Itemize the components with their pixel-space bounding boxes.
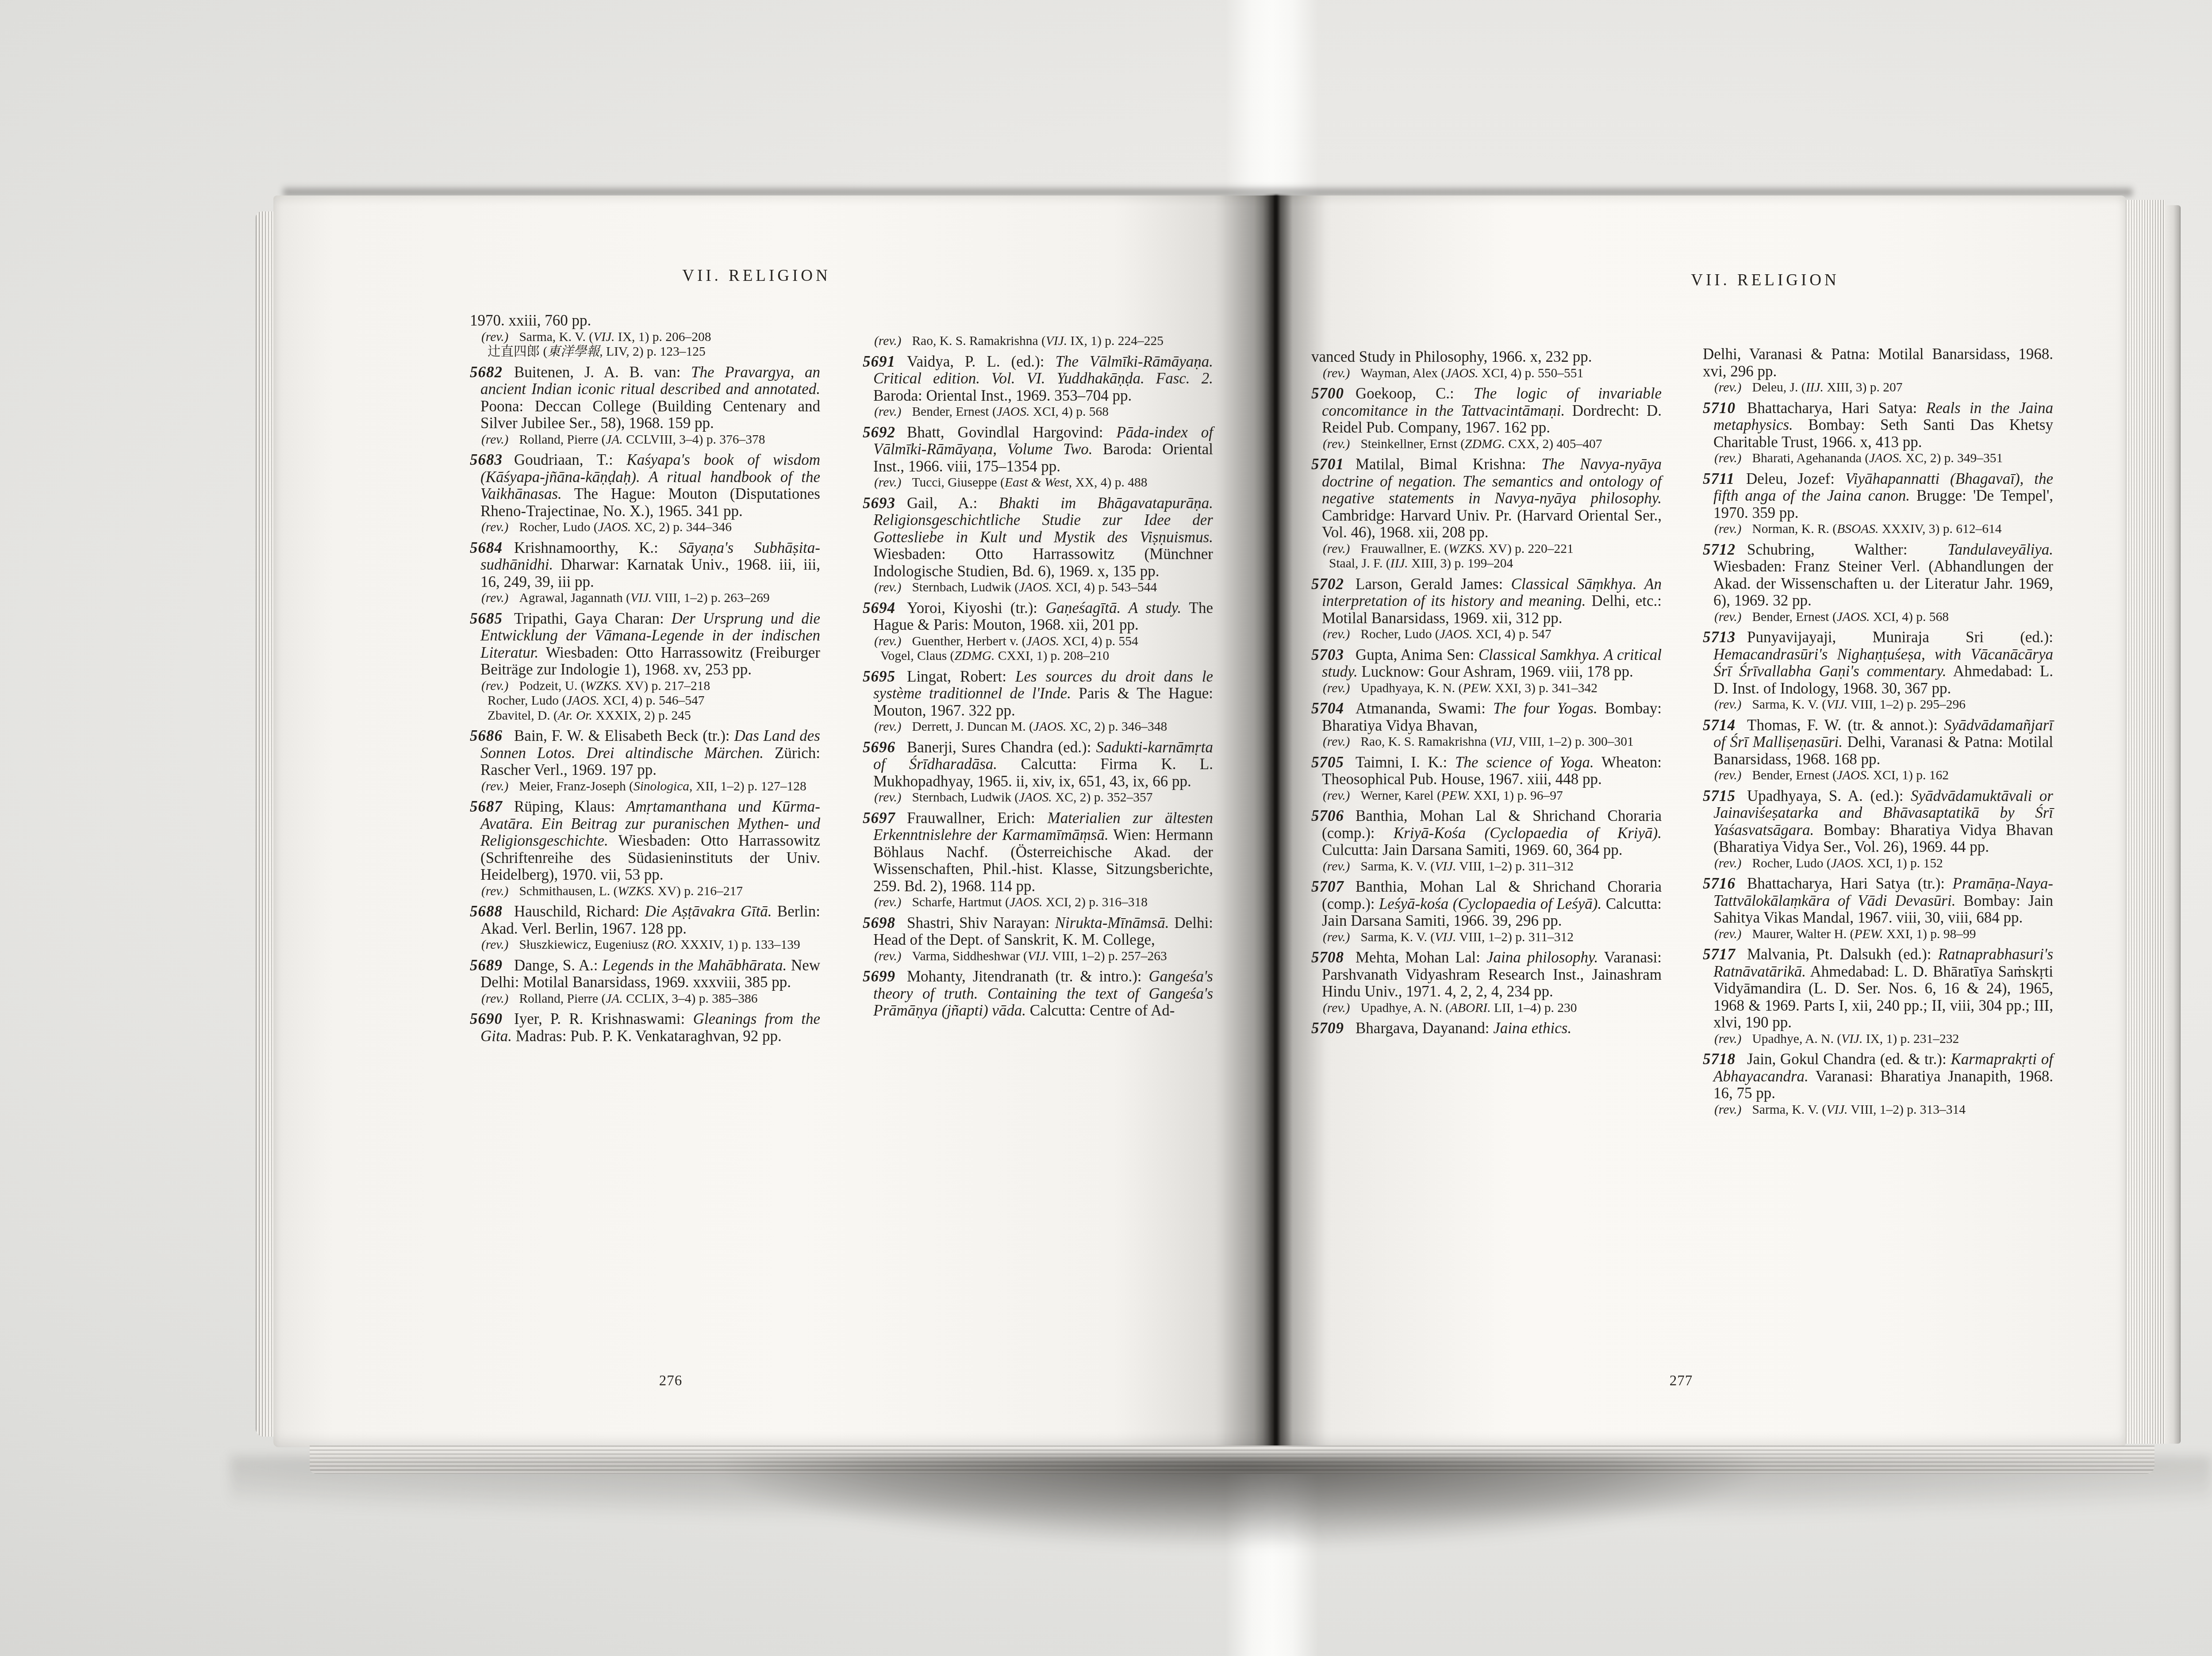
bib-entry: 5715Upadhyaya, S. A. (ed.): Syādvādamukt… (1703, 788, 2053, 856)
bib-line: 1970. xxiii, 760 pp. (470, 312, 820, 330)
page-number: 276 (659, 1373, 683, 1389)
entry-number: 5711 (1703, 470, 1735, 487)
bib-line: (rev.)Meier, Franz-Joseph (Sinologica, X… (470, 779, 820, 794)
entry-number: 5703 (1311, 646, 1344, 663)
entry-number: 5682 (470, 364, 503, 381)
bib-line: (rev.)Bender, Ernest (JAOS. XCI, 4) p. 5… (863, 405, 1213, 420)
bib-entry: 5711Deleu, Jozef: Viyāhapannatti (Bhagav… (1703, 471, 2053, 522)
entry-number: 5708 (1311, 949, 1344, 966)
bib-entry: 5687Rüping, Klaus: Amṛtamanthana und Kūr… (470, 798, 820, 884)
bib-line: vanced Study in Philosophy, 1966. x, 232… (1311, 349, 1662, 366)
bib-entry: 5708Mehta, Mohan Lal: Jaina philosophy. … (1311, 949, 1662, 1000)
bib-line: (rev.)Schmithausen, L. (WZKS. XV) p. 216… (470, 884, 820, 899)
entry-number: 5717 (1703, 946, 1736, 963)
bottom-page-edges (310, 1445, 2154, 1474)
entry-number: 5685 (470, 610, 503, 627)
book-cast-shadow (230, 1456, 2212, 1611)
bib-entry: 5713Punyavijayaji, Muniraja Sri (ed.): H… (1703, 629, 2053, 697)
entry-number: 5702 (1311, 575, 1344, 593)
entry-number: 5692 (863, 424, 895, 441)
bib-entry: 5716Bhattacharya, Hari Satya (tr.): Pram… (1703, 875, 2053, 927)
bib-line: (rev.)Werner, Karel (PEW. XXI, 1) p. 96–… (1311, 789, 1662, 804)
bib-entry: 5717Malvania, Pt. Dalsukh (ed.): Ratnapr… (1703, 946, 2053, 1031)
bib-entry: 5695Lingat, Robert: Les sources du droit… (863, 668, 1213, 720)
bib-line: (rev.)Sarma, K. V. (VIJ. VIII, 1–2) p. 3… (1703, 1103, 2053, 1118)
entry-number: 5718 (1703, 1050, 1736, 1068)
bib-entry: 5702Larson, Gerald James: Classical Sāṃk… (1311, 576, 1662, 627)
entry-number: 5686 (470, 727, 503, 744)
bib-entry: 5683Goudriaan, T.: Kaśyapa's book of wis… (470, 452, 820, 520)
entry-number: 5683 (470, 451, 503, 468)
entry-number: 5689 (470, 957, 503, 974)
bib-entry: 5707Banthia, Mohan Lal & Shrichand Chora… (1311, 878, 1662, 930)
bib-line: (rev.)Sternbach, Ludwik (JAOS. XCI, 4) p… (863, 580, 1213, 595)
bib-line: (rev.)Bharati, Agehananda (JAOS. XC, 2) … (1703, 451, 2053, 466)
bib-line: (rev.)Sarma, K. V. (VIJ. IX, 1) p. 206–2… (470, 330, 820, 345)
bib-entry: 5682Buitenen, J. A. B. van: The Pravargy… (470, 364, 820, 432)
bib-line: (rev.)Scharfe, Hartmut (JAOS. XCI, 2) p.… (863, 895, 1213, 910)
section-header: VII. RELIGION (1691, 271, 1839, 290)
bib-line: (rev.)Upadhye, A. N. (ABORI. LII, 1–4) p… (1311, 1001, 1662, 1016)
entry-number: 5688 (470, 903, 503, 920)
entry-number: 5704 (1311, 700, 1344, 717)
entry-number: 5714 (1703, 717, 1736, 734)
entry-number: 5706 (1311, 807, 1344, 824)
bib-entry: 5706Banthia, Mohan Lal & Shrichand Chora… (1311, 808, 1662, 859)
entry-number: 5709 (1311, 1020, 1344, 1037)
entry-number: 5687 (470, 798, 503, 815)
bib-line: (rev.)Rolland, Pierre (JA. CCLVIII, 3–4)… (470, 433, 820, 448)
bib-entry: 5694Yoroi, Kiyoshi (tr.): Gaṇeśagītā. A … (863, 600, 1213, 634)
entry-number: 5699 (863, 968, 895, 985)
bib-line: (rev.)Bender, Ernest (JAOS. XCI, 4) p. 5… (1703, 610, 2053, 625)
bib-line: (rev.)Słuszkiewicz, Eugeniusz (RO. XXXIV… (470, 938, 820, 953)
bib-line: (rev.)Rao, K. S. Ramakrishna (VIJ, VIII,… (1311, 735, 1662, 750)
bib-line: 辻直四郎 (東洋學報, LIV, 2) p. 123–125 (470, 345, 820, 360)
entry-number: 5707 (1311, 878, 1344, 895)
bib-entry: 5693Gail, A.: Bhakti im Bhāgavatapurāṇa.… (863, 495, 1213, 580)
bib-line: (rev.)Rocher, Ludo (JAOS. XCI, 1) p. 152 (1703, 856, 2053, 871)
bib-entry: 5692Bhatt, Govindlal Hargovind: Pāda-ind… (863, 424, 1213, 475)
bib-line: Delhi, Varanasi & Patna: Motilal Banarsi… (1703, 346, 2053, 380)
bib-entry: 5704Atmananda, Swami: The four Yogas. Bo… (1311, 700, 1662, 734)
entry-number: 5710 (1703, 399, 1736, 417)
bib-line: (rev.)Tucci, Giuseppe (East & West, XX, … (863, 475, 1213, 491)
book-photo: VII. RELIGION 1970. xxiii, 760 pp.(rev.)… (0, 0, 2212, 1656)
bib-entry: 5697Frauwallner, Erich: Materialien zur … (863, 810, 1213, 895)
bib-entry: 5686Bain, F. W. & Elisabeth Beck (tr.): … (470, 728, 820, 779)
bib-entry: 5699Mohanty, Jitendranath (tr. & intro.)… (863, 968, 1213, 1020)
bib-entry: 5709Bhargava, Dayanand: Jaina ethics. (1311, 1020, 1662, 1037)
bib-line: (rev.)Norman, K. R. (BSOAS. XXXIV, 3) p.… (1703, 522, 2053, 537)
bib-line: (rev.)Varma, Siddheshwar (VIJ. VIII, 1–2… (863, 949, 1213, 964)
bib-line: (rev.)Upadhyaya, K. N. (PEW. XXI, 3) p. … (1311, 681, 1662, 696)
bib-line: Staal, J. F. (IIJ. XIII, 3) p. 199–204 (1311, 556, 1662, 571)
bib-line: (rev.)Derrett, J. Duncan M. (JAOS. XC, 2… (863, 720, 1213, 735)
bib-line: (rev.)Rolland, Pierre (JA. CCLIX, 3–4) p… (470, 992, 820, 1007)
page-right: VII. RELIGION vanced Study in Philosophy… (1274, 195, 2126, 1447)
page-number: 277 (1670, 1373, 1693, 1389)
section-header: VII. RELIGION (682, 266, 831, 285)
bib-line: (rev.)Guenther, Herbert v. (JAOS. XCI, 4… (863, 634, 1213, 649)
bib-line: (rev.)Rocher, Ludo (JAOS. XC, 2) p. 344–… (470, 520, 820, 535)
entry-number: 5696 (863, 739, 895, 756)
entry-number: 5694 (863, 599, 895, 617)
entry-number: 5716 (1703, 875, 1736, 892)
bib-line: (rev.)Bender, Ernest (JAOS. XCI, 1) p. 1… (1703, 768, 2053, 783)
text-column-1: vanced Study in Philosophy, 1966. x, 232… (1311, 349, 1662, 1037)
entry-number: 5701 (1311, 456, 1344, 473)
entry-number: 5695 (863, 668, 895, 685)
bib-entry: 5705Taimni, I. K.: The science of Yoga. … (1311, 754, 1662, 788)
bib-line: (rev.)Sarma, K. V. (VIJ. VIII, 1–2) p. 2… (1703, 698, 2053, 713)
bib-line: (rev.)Steinkellner, Ernst (ZDMG. CXX, 2)… (1311, 437, 1662, 452)
page-left: VII. RELIGION 1970. xxiii, 760 pp.(rev.)… (273, 195, 1274, 1447)
bib-entry: 5696Banerji, Sures Chandra (ed.): Sadukt… (863, 739, 1213, 790)
entry-number: 5684 (470, 539, 503, 556)
bib-entry: 5718Jain, Gokul Chandra (ed. & tr.): Kar… (1703, 1051, 2053, 1102)
bib-line: (rev.)Rocher, Ludo (JAOS. XCI, 4) p. 547 (1311, 627, 1662, 642)
bib-entry: 5698Shastri, Shiv Narayan: Nirukta-Mīnām… (863, 915, 1213, 949)
bib-entry: 5710Bhattacharya, Hari Satya: Reals in t… (1703, 400, 2053, 451)
right-page-edges (2126, 200, 2165, 1444)
bib-line: (rev.)Sarma, K. V. (VIJ. VIII, 1–2) p. 3… (1311, 930, 1662, 945)
bib-line: (rev.)Podzeit, U. (WZKS. XV) p. 217–218 (470, 679, 820, 694)
entry-number: 5691 (863, 353, 895, 370)
bib-entry: 5703Gupta, Anima Sen: Classical Samkhya.… (1311, 647, 1662, 681)
bib-line: Zbavitel, D. (Ar. Or. XXXIX, 2) p. 245 (470, 709, 820, 724)
entry-number: 5690 (470, 1010, 503, 1027)
cover-board-edge (2165, 205, 2181, 1444)
bib-entry: 5700Goekoop, C.: The logic of invariable… (1311, 385, 1662, 437)
entry-number: 5713 (1703, 629, 1736, 646)
bib-line: (rev.)Maurer, Walter H. (PEW. XXI, 1) p.… (1703, 927, 2053, 942)
bib-line: (rev.)Sternbach, Ludwik (JAOS. XC, 2) p.… (863, 790, 1213, 805)
bib-entry: 5701Matilal, Bimal Krishna: The Navya-ny… (1311, 456, 1662, 541)
bib-entry: 5688Hauschild, Richard: Die Aṣṭāvakra Gī… (470, 903, 820, 937)
entry-number: 5698 (863, 914, 895, 931)
bib-entry: 5689Dange, S. A.: Legends in the Mahābhā… (470, 957, 820, 991)
bib-line: (rev.)Upadhye, A. N. (VIJ. IX, 1) p. 231… (1703, 1032, 2053, 1047)
entry-number: 5715 (1703, 787, 1736, 805)
entry-number: 5693 (863, 494, 895, 512)
text-column-2: Delhi, Varanasi & Patna: Motilal Banarsi… (1703, 346, 2053, 1117)
bib-line: (rev.)Deleu, J. (IIJ. XIII, 3) p. 207 (1703, 380, 2053, 395)
text-column-1: 1970. xxiii, 760 pp.(rev.)Sarma, K. V. (… (470, 312, 820, 1045)
text-column-2: (rev.)Rao, K. S. Ramakrishna (VIJ. IX, 1… (863, 333, 1213, 1020)
bib-entry: 5685Tripathi, Gaya Charan: Der Ursprung … (470, 610, 820, 678)
entry-number: 5705 (1311, 754, 1344, 771)
bib-entry: 5690Iyer, P. R. Krishnaswami: Gleanings … (470, 1011, 820, 1045)
bib-line: (rev.)Rao, K. S. Ramakrishna (VIJ. IX, 1… (863, 334, 1213, 349)
bib-line: Rocher, Ludo (JAOS. XCI, 4) p. 546–547 (470, 694, 820, 709)
bib-entry: 5714Thomas, F. W. (tr. & annot.): Syādvā… (1703, 717, 2053, 768)
bib-line: (rev.)Agrawal, Jagannath (VIJ. VIII, 1–2… (470, 591, 820, 606)
entry-number: 5697 (863, 809, 895, 827)
entry-number: 5712 (1703, 541, 1736, 558)
bib-entry: 5691Vaidya, P. L. (ed.): The Vālmīki-Rām… (863, 353, 1213, 405)
bib-entry: 5684Krishnamoorthy, K.: Sāyaṇa's Subhāṣi… (470, 540, 820, 591)
bib-line: (rev.)Frauwallner, E. (WZKS. XV) p. 220–… (1311, 542, 1662, 557)
entry-number: 5700 (1311, 385, 1344, 402)
bib-line: Vogel, Claus (ZDMG. CXXI, 1) p. 208–210 (863, 649, 1213, 664)
bib-line: (rev.)Sarma, K. V. (VIJ. VIII, 1–2) p. 3… (1311, 859, 1662, 874)
bib-entry: 5712Schubring, Walther: Tandulaveyāliya.… (1703, 541, 2053, 609)
bib-line: (rev.)Wayman, Alex (JAOS. XCI, 4) p. 550… (1311, 366, 1662, 381)
